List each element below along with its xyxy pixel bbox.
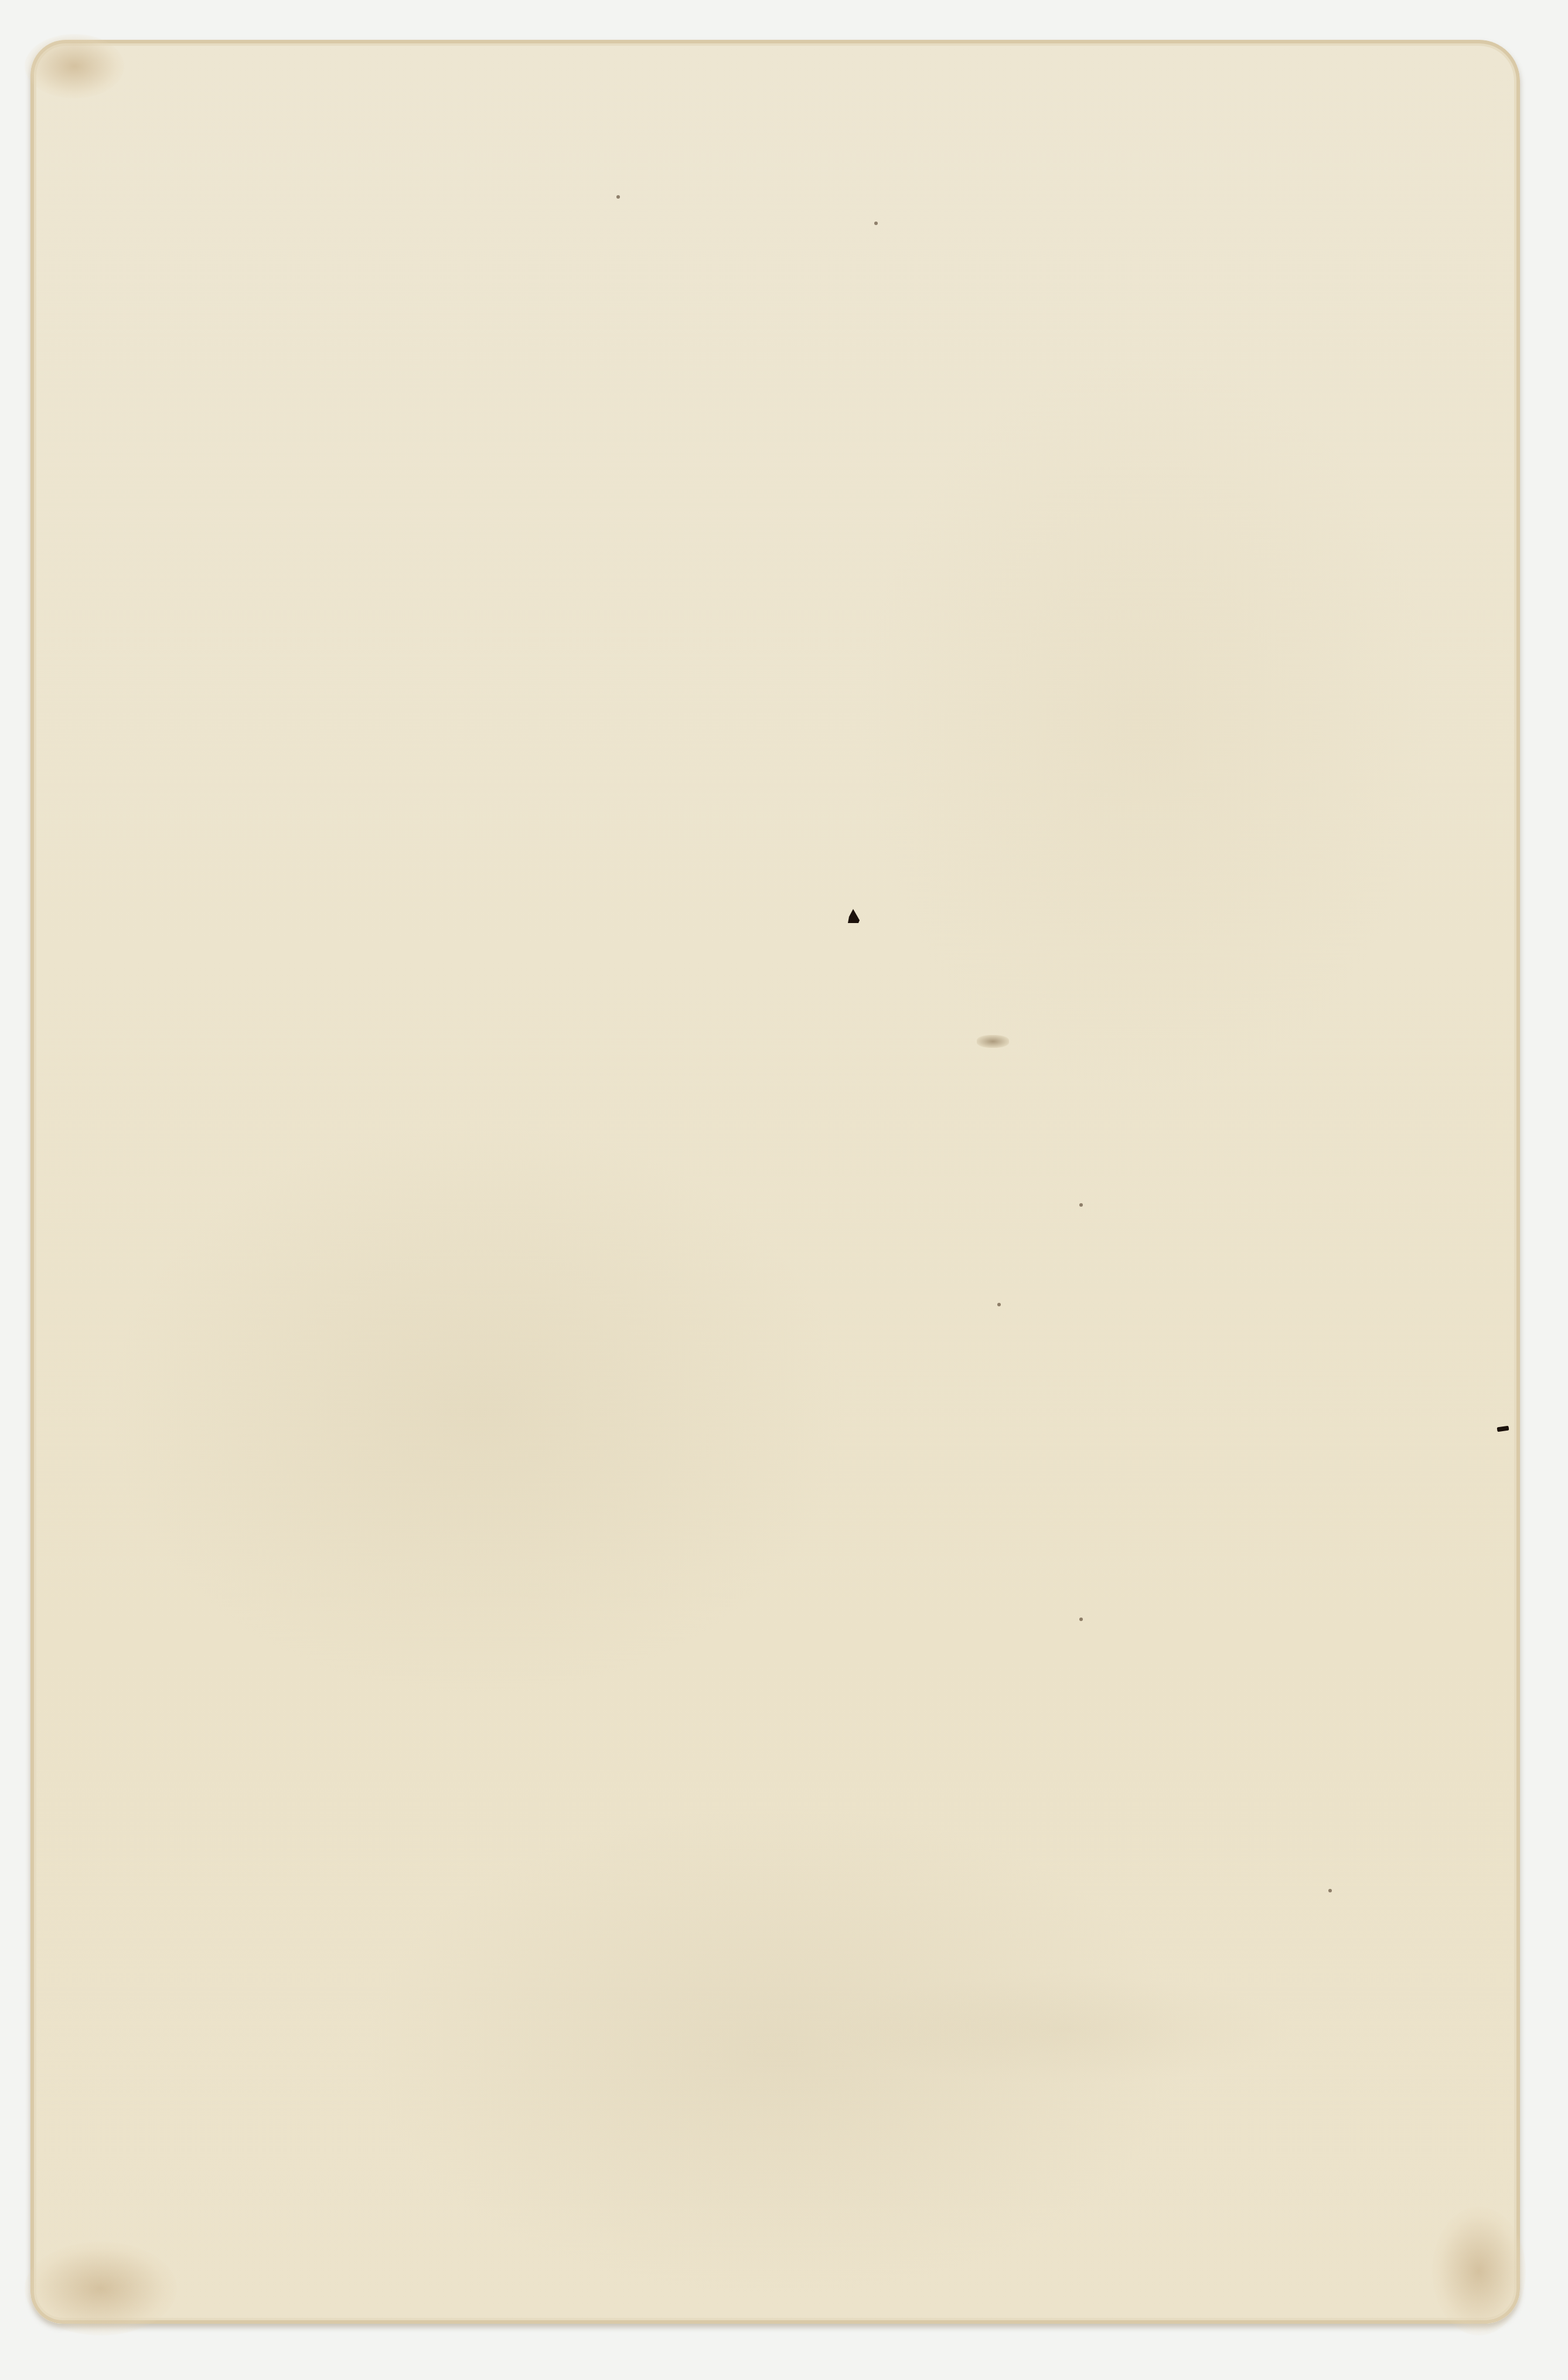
speck [1328,1889,1332,1892]
speck [997,1303,1001,1306]
speck [874,222,878,225]
corner-wear-bottom-right [1432,2207,1526,2335]
dark-speck-center [848,909,860,923]
speck [1079,1618,1083,1621]
dark-speck-right-edge [1497,1426,1509,1432]
speck [1079,1203,1083,1207]
faint-showthrough-imprint [827,1974,1296,2085]
corner-wear-bottom-left [25,2242,177,2335]
corner-wear-top-left [25,34,124,98]
smudge-mark [977,1035,1009,1048]
speck [616,195,620,199]
card-back [30,40,1520,2324]
